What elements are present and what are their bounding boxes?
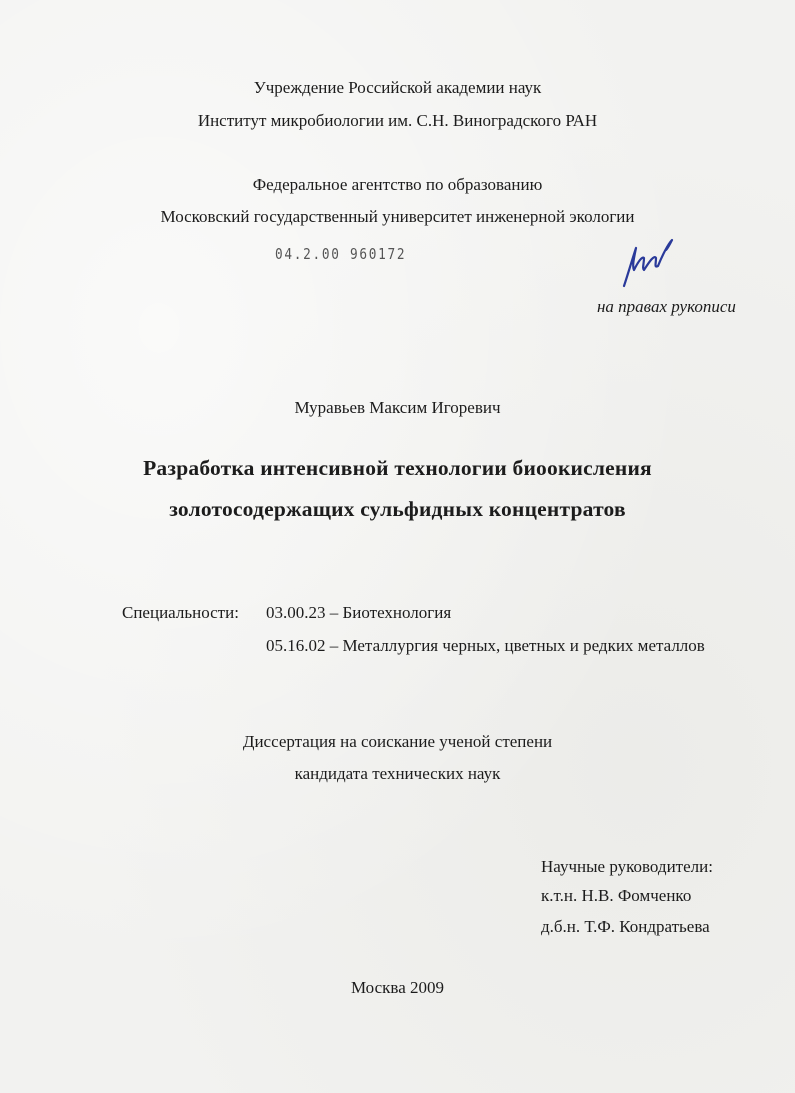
institution-line-2: Институт микробиологии им. С.Н. Виноград… (0, 111, 795, 131)
supervisor-item: к.т.н. Н.В. Фомченко (541, 886, 691, 906)
supervisor-item: д.б.н. Т.Ф. Кондратьева (541, 917, 710, 937)
author-name: Муравьев Максим Игоревич (0, 398, 795, 418)
specialties-label: Специальности: (122, 603, 239, 623)
agency-line-1: Федеральное агентство по образованию (0, 175, 795, 195)
agency-line-2: Московский государственный университет и… (0, 207, 795, 227)
city-year: Москва 2009 (0, 978, 795, 998)
institution-line-1: Учреждение Российской академии наук (0, 78, 795, 98)
archive-stamp: 04.2.00 960172 (275, 245, 406, 263)
degree-line-2: кандидата технических наук (0, 764, 795, 784)
document-page: Учреждение Российской академии наук Инст… (0, 0, 795, 1093)
thesis-title-line-2: золотосодержащих сульфидных концентратов (0, 497, 795, 522)
signature-icon (618, 236, 678, 288)
specialty-item: 03.00.23 – Биотехнология (266, 603, 451, 623)
thesis-title-line-1: Разработка интенсивной технологии биооки… (0, 456, 795, 481)
supervisors-label: Научные руководители: (541, 857, 713, 877)
specialty-item: 05.16.02 – Металлургия черных, цветных и… (266, 636, 705, 656)
degree-line-1: Диссертация на соискание ученой степени (0, 732, 795, 752)
rights-note: на правах рукописи (597, 297, 736, 317)
